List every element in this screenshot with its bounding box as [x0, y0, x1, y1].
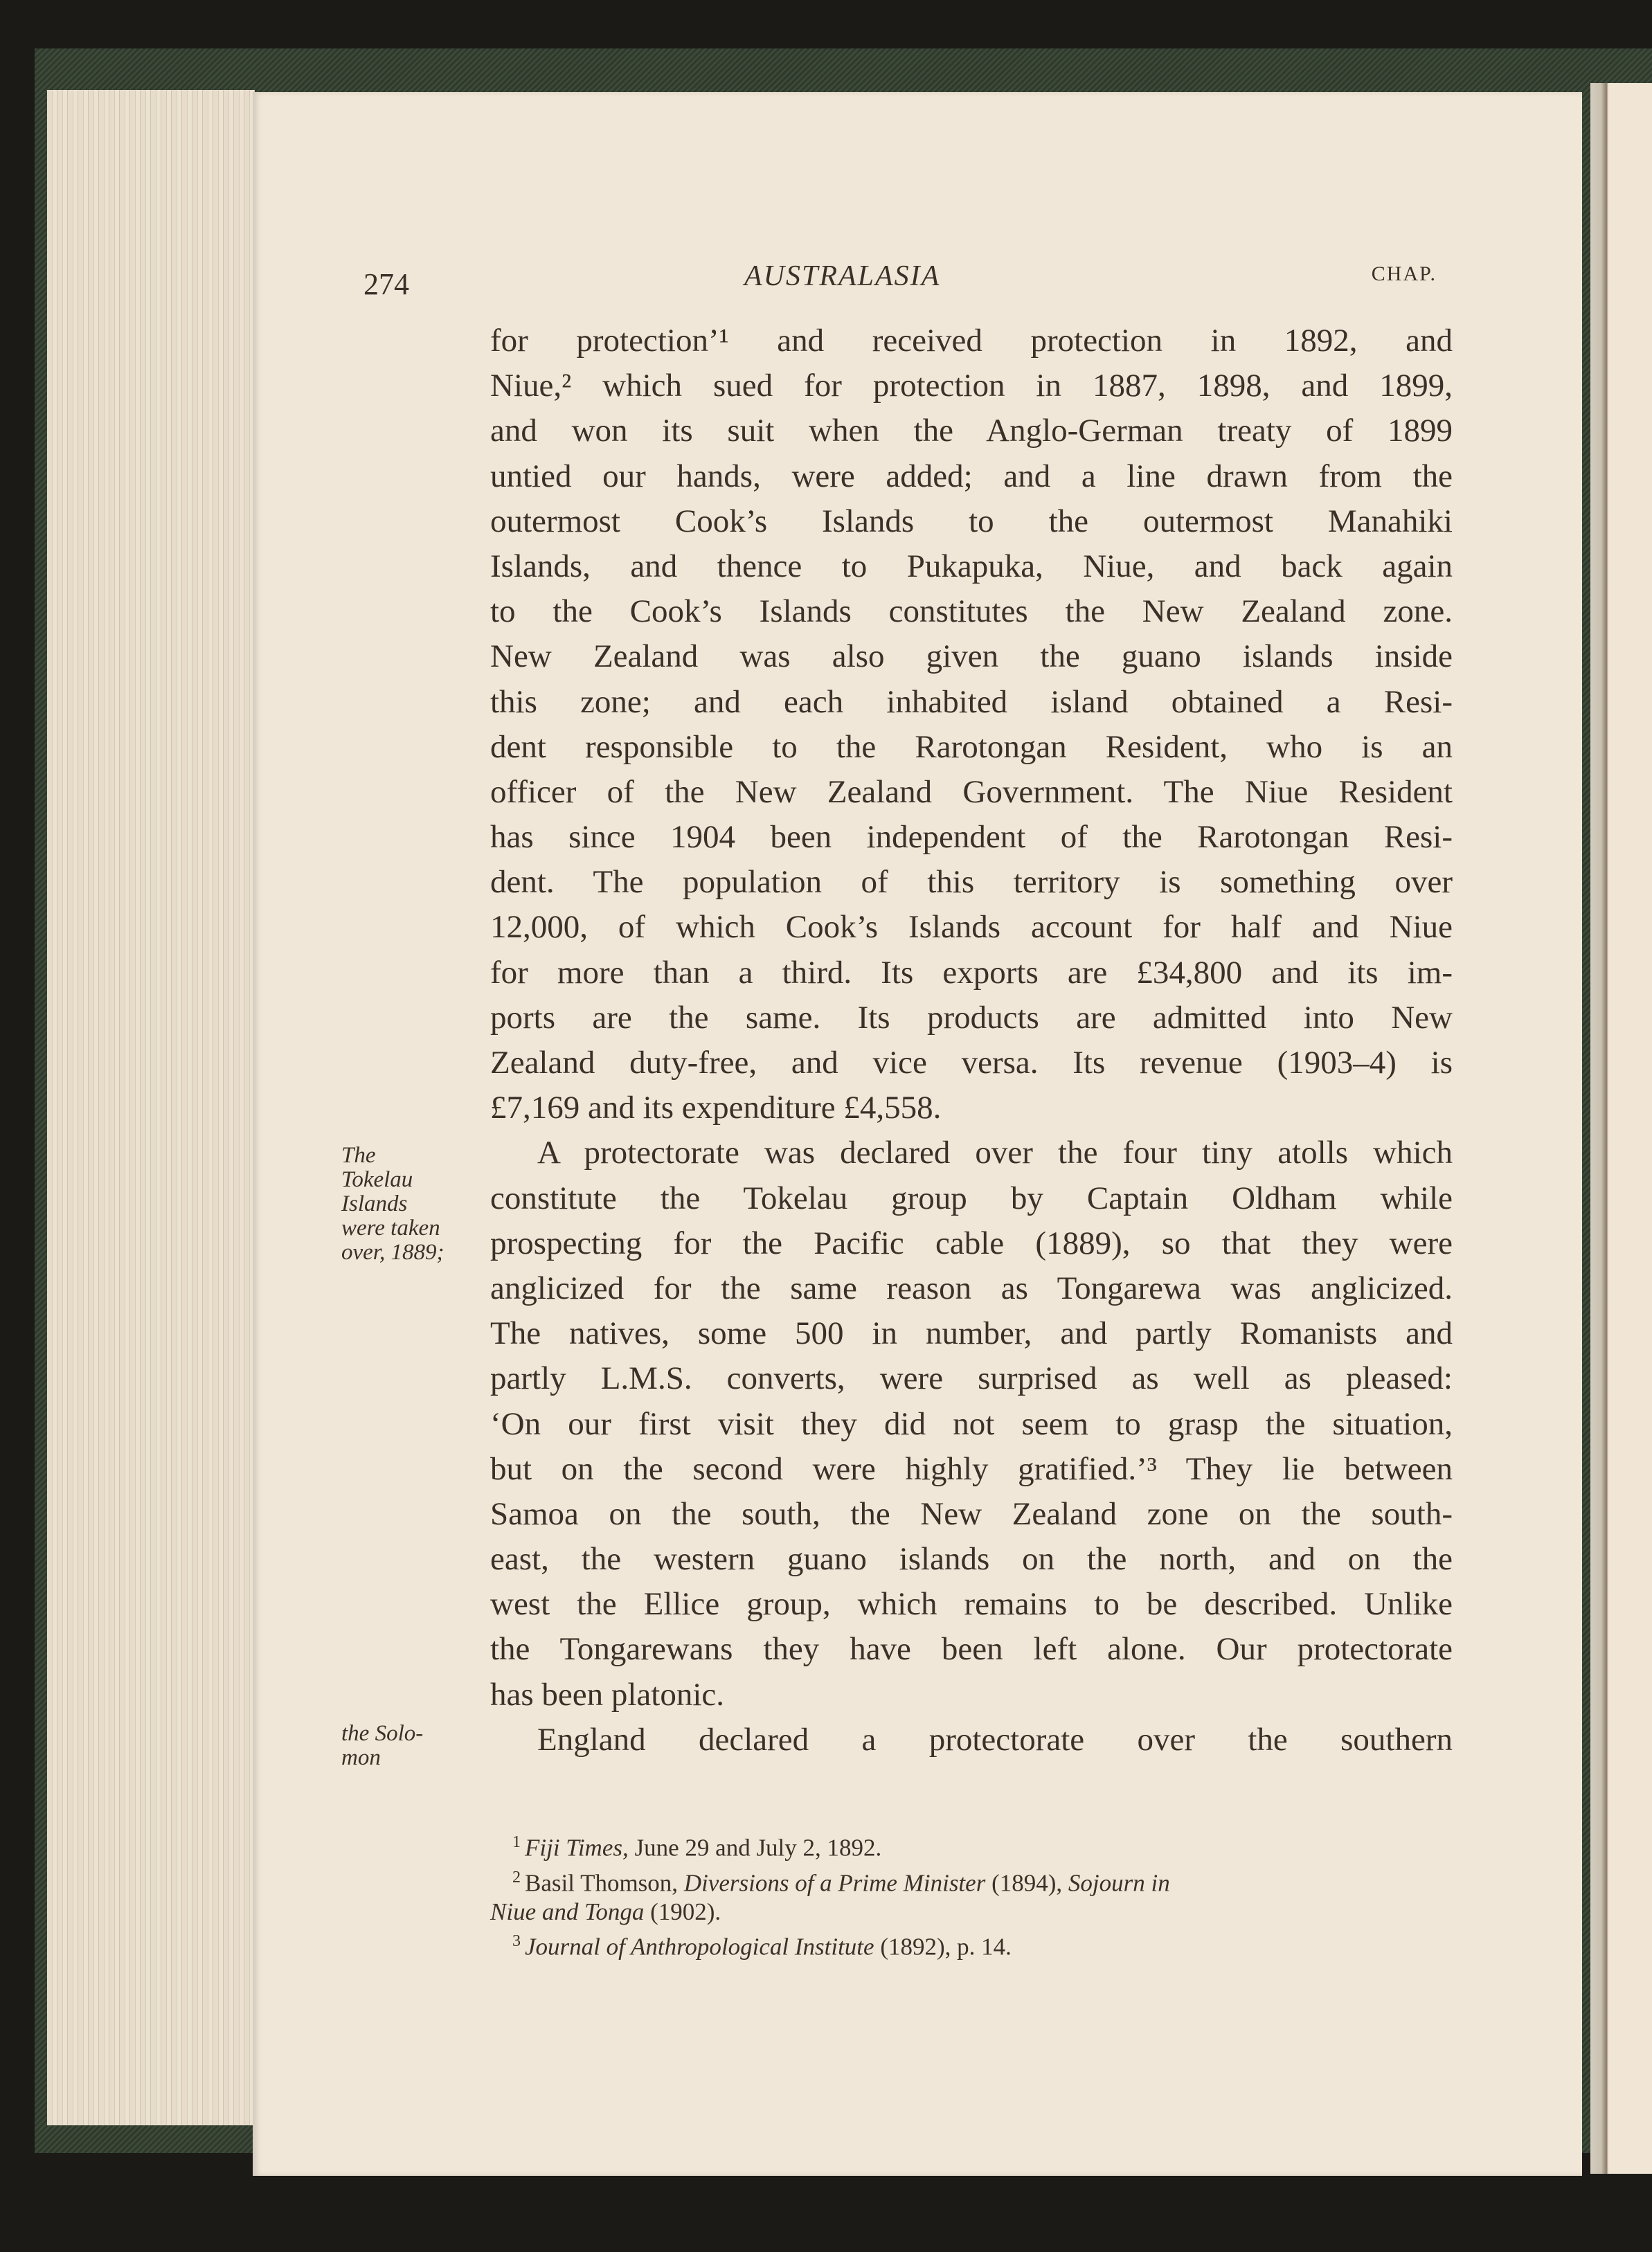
footnote-text: Basil Thomson,	[525, 1869, 684, 1896]
body-line: Samoa on the south, the New Zealand zone…	[490, 1492, 1453, 1537]
body-line: outermost Cook’s Islands to the outermos…	[490, 499, 1453, 544]
paragraph-start: England declared a protectorate over the…	[490, 1718, 1453, 1763]
page-header: 274 AUSTRALASIA CHAP.	[363, 260, 1437, 301]
margin-note-solomon: the Solo- mon	[341, 1722, 423, 1770]
body-line: the Tongarewans they have been left alon…	[490, 1627, 1453, 1672]
footnote-text: (1892), p. 14.	[874, 1934, 1012, 1961]
body-line: Niue,² which sued for protection in 1887…	[490, 363, 1453, 408]
body-line: has been platonic.	[490, 1673, 1453, 1718]
body-line: west the Ellice group, which remains to …	[490, 1582, 1453, 1627]
footnote-text: June 29 and July 2, 1892.	[629, 1835, 882, 1862]
footnote-source: Journal of Anthropological Institute	[525, 1934, 874, 1961]
body-line: dent. The population of this territory i…	[490, 860, 1453, 905]
book-gutter	[1590, 83, 1608, 2174]
margin-note-line: were taken	[341, 1216, 444, 1241]
body-line: ports are the same. Its products are adm…	[490, 996, 1453, 1041]
body-line: this zone; and each inhabited island obt…	[490, 680, 1453, 725]
page-edges	[47, 90, 255, 2125]
body-line: anglicized for the same reason as Tongar…	[490, 1266, 1453, 1311]
running-title: AUSTRALASIA	[744, 260, 940, 293]
body-line: for protection’¹ and received protection…	[490, 318, 1453, 363]
footnote-text: (1902).	[644, 1898, 721, 1925]
body-line: The natives, some 500 in number, and par…	[490, 1311, 1453, 1356]
facing-page-edge	[1608, 83, 1652, 2174]
footnote-2: 2Basil Thomson, Diversions of a Prime Mi…	[490, 1863, 1453, 1898]
margin-note-line: over, 1889;	[341, 1241, 444, 1265]
margin-note-tokelau: The Tokelau Islands were taken over, 188…	[341, 1144, 444, 1265]
body-line: ‘On our first visit they did not seem to…	[490, 1402, 1453, 1447]
chapter-label: CHAP.	[1372, 262, 1437, 286]
footnote-3: 3Journal of Anthropological Institute (1…	[490, 1927, 1453, 1962]
page-number: 274	[363, 267, 409, 302]
body-line: Islands, and thence to Pukapuka, Niue, a…	[490, 544, 1453, 589]
margin-note-line: The	[341, 1144, 444, 1168]
footnote-1: 1Fiji Times, June 29 and July 2, 1892.	[490, 1828, 1453, 1863]
footnote-source: Diversions of a Prime Minister	[684, 1869, 986, 1896]
body-line: prospecting for the Pacific cable (1889)…	[490, 1221, 1453, 1266]
body-line: officer of the New Zealand Government. T…	[490, 770, 1453, 815]
body-line: 12,000, of which Cook’s Islands account …	[490, 905, 1453, 950]
body-line: for more than a third. Its exports are £…	[490, 951, 1453, 996]
body-line: to the Cook’s Islands constitutes the Ne…	[490, 589, 1453, 634]
body-line: partly L.M.S. converts, were surprised a…	[490, 1356, 1453, 1401]
body-line: constitute the Tokelau group by Captain …	[490, 1176, 1453, 1221]
body-line: New Zealand was also given the guano isl…	[490, 634, 1453, 679]
body-line: £7,169 and its expenditure £4,558.	[490, 1086, 1453, 1130]
margin-note-line: Tokelau	[341, 1168, 444, 1192]
body-line: dent responsible to the Rarotongan Resid…	[490, 725, 1453, 770]
margin-note-line: mon	[341, 1746, 423, 1770]
margin-note-line: the Solo-	[341, 1722, 423, 1746]
footnote-number: 3	[512, 1932, 521, 1950]
body-line: east, the western guano islands on the n…	[490, 1537, 1453, 1582]
body-line: and won its suit when the Anglo-German t…	[490, 408, 1453, 453]
body-line: Zealand duty-free, and vice versa. Its r…	[490, 1041, 1453, 1086]
footnote-source: Niue and Tonga	[490, 1898, 644, 1925]
footnote-number: 2	[512, 1868, 521, 1886]
footnote-source: Sojourn in	[1068, 1869, 1170, 1896]
body-text: for protection’¹ and received protection…	[490, 318, 1453, 1763]
margin-note-line: Islands	[341, 1192, 444, 1216]
footnotes: 1Fiji Times, June 29 and July 2, 1892. 2…	[490, 1828, 1453, 1962]
footnote-number: 1	[512, 1833, 521, 1851]
paragraph-start: A protectorate was declared over the fou…	[490, 1130, 1453, 1175]
footnote-2-continuation: Niue and Tonga (1902).	[490, 1898, 1453, 1927]
body-line: untied our hands, were added; and a line…	[490, 454, 1453, 499]
footnote-text: (1894),	[985, 1869, 1068, 1896]
body-line: but on the second were highly gratified.…	[490, 1447, 1453, 1492]
body-line: has since 1904 been independent of the R…	[490, 815, 1453, 860]
footnote-source: Fiji Times,	[525, 1835, 629, 1862]
